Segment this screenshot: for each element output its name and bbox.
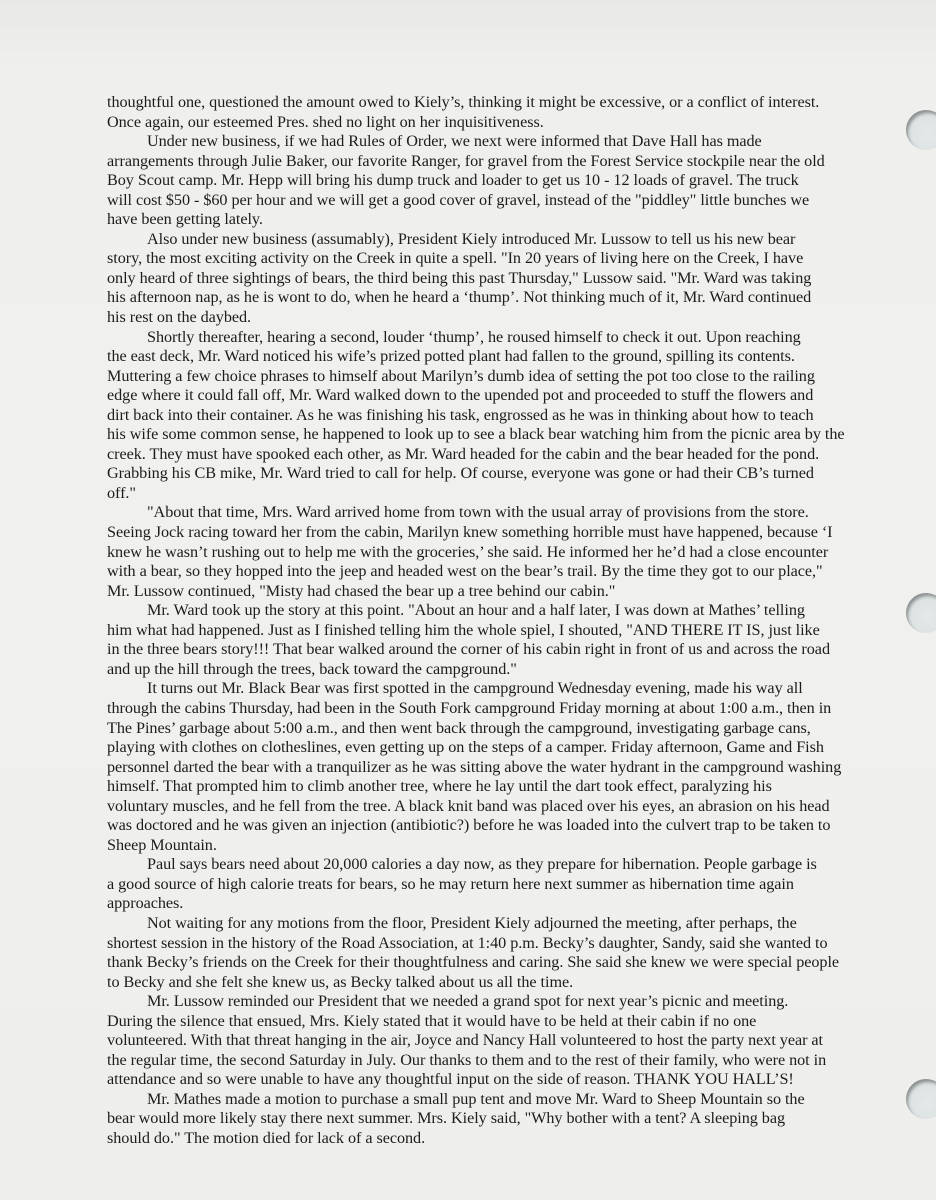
paragraph: Mr. Ward took up the story at this point… <box>107 601 887 679</box>
text-line: volunteered. With that threat hanging in… <box>107 1031 887 1051</box>
text-line: Boy Scout camp. Mr. Hepp will bring his … <box>107 171 887 191</box>
text-line: his rest on the daybed. <box>107 308 887 328</box>
text-line: thoughtful one, questioned the amount ow… <box>107 93 887 113</box>
text-line: The Pines’ garbage about 5:00 a.m., and … <box>107 719 887 739</box>
text-line: should do." The motion died for lack of … <box>107 1129 887 1149</box>
text-line: shortest session in the history of the R… <box>107 934 887 954</box>
text-line: voluntary muscles, and he fell from the … <box>107 797 887 817</box>
text-line: was doctored and he was given an injecti… <box>107 816 887 836</box>
text-line: with a bear, so they hopped into the jee… <box>107 562 887 582</box>
text-line: Muttering a few choice phrases to himsel… <box>107 367 887 387</box>
text-line: story, the most exciting activity on the… <box>107 249 887 269</box>
text-line: to Becky and she felt she knew us, as Be… <box>107 973 887 993</box>
text-line: attendance and so were unable to have an… <box>107 1070 887 1090</box>
text-line: "About that time, Mrs. Ward arrived home… <box>107 503 887 523</box>
paragraph: Not waiting for any motions from the flo… <box>107 914 887 992</box>
punch-hole-middle <box>906 593 936 633</box>
text-line: his afternoon nap, as he is wont to do, … <box>107 288 887 308</box>
punch-hole-top <box>906 110 936 150</box>
text-line: Seeing Jock racing toward her from the c… <box>107 523 887 543</box>
text-line: only heard of three sightings of bears, … <box>107 269 887 289</box>
text-line: thank Becky’s friends on the Creek for t… <box>107 953 887 973</box>
paragraph: Under new business, if we had Rules of O… <box>107 132 887 230</box>
text-line: Paul says bears need about 20,000 calori… <box>107 855 887 875</box>
text-line: bear would more likely stay there next s… <box>107 1109 887 1129</box>
text-line: the east deck, Mr. Ward noticed his wife… <box>107 347 887 367</box>
text-line: the regular time, the second Saturday in… <box>107 1051 887 1071</box>
paragraph: "About that time, Mrs. Ward arrived home… <box>107 503 887 601</box>
paragraph: Paul says bears need about 20,000 calori… <box>107 855 887 914</box>
text-line: Mr. Ward took up the story at this point… <box>107 601 887 621</box>
text-line: Not waiting for any motions from the flo… <box>107 914 887 934</box>
text-line: Grabbing his CB mike, Mr. Ward tried to … <box>107 464 887 484</box>
text-line: in the three bears story!!! That bear wa… <box>107 640 887 660</box>
text-line: have been getting lately. <box>107 210 887 230</box>
text-line: will cost $50 - $60 per hour and we will… <box>107 191 887 211</box>
text-line: a good source of high calorie treats for… <box>107 875 887 895</box>
text-line: playing with clothes on clotheslines, ev… <box>107 738 887 758</box>
paragraph: Also under new business (assumably), Pre… <box>107 230 887 328</box>
paragraph: thoughtful one, questioned the amount ow… <box>107 93 887 132</box>
text-line: off." <box>107 484 887 504</box>
text-line: himself. That prompted him to climb anot… <box>107 777 887 797</box>
text-line: Once again, our esteemed Pres. shed no l… <box>107 113 887 133</box>
text-line: personnel darted the bear with a tranqui… <box>107 758 887 778</box>
text-line: edge where it could fall off, Mr. Ward w… <box>107 386 887 406</box>
paragraph: Mr. Mathes made a motion to purchase a s… <box>107 1090 887 1149</box>
text-line: and up the hill through the trees, back … <box>107 660 887 680</box>
text-line: approaches. <box>107 894 887 914</box>
text-line: During the silence that ensued, Mrs. Kie… <box>107 1012 887 1032</box>
text-line: Mr. Lussow continued, "Misty had chased … <box>107 582 887 602</box>
text-line: him what had happened. Just as I finishe… <box>107 621 887 641</box>
document-body: thoughtful one, questioned the amount ow… <box>107 93 887 1149</box>
text-line: through the cabins Thursday, had been in… <box>107 699 887 719</box>
text-line: It turns out Mr. Black Bear was first sp… <box>107 679 887 699</box>
text-line: his wife some common sense, he happened … <box>107 425 887 445</box>
scanned-page: thoughtful one, questioned the amount ow… <box>0 0 936 1200</box>
text-line: creek. They must have spooked each other… <box>107 445 887 465</box>
text-line: Shortly thereafter, hearing a second, lo… <box>107 328 887 348</box>
text-line: dirt back into their container. As he wa… <box>107 406 887 426</box>
text-line: Under new business, if we had Rules of O… <box>107 132 887 152</box>
paragraph: Mr. Lussow reminded our President that w… <box>107 992 887 1090</box>
text-line: Also under new business (assumably), Pre… <box>107 230 887 250</box>
paragraph: Shortly thereafter, hearing a second, lo… <box>107 328 887 504</box>
punch-hole-bottom <box>906 1079 936 1119</box>
text-line: arrangements through Julie Baker, our fa… <box>107 152 887 172</box>
text-line: Mr. Lussow reminded our President that w… <box>107 992 887 1012</box>
paragraph: It turns out Mr. Black Bear was first sp… <box>107 679 887 855</box>
text-line: Mr. Mathes made a motion to purchase a s… <box>107 1090 887 1110</box>
text-line: Sheep Mountain. <box>107 836 887 856</box>
text-line: knew he wasn’t rushing out to help me wi… <box>107 543 887 563</box>
